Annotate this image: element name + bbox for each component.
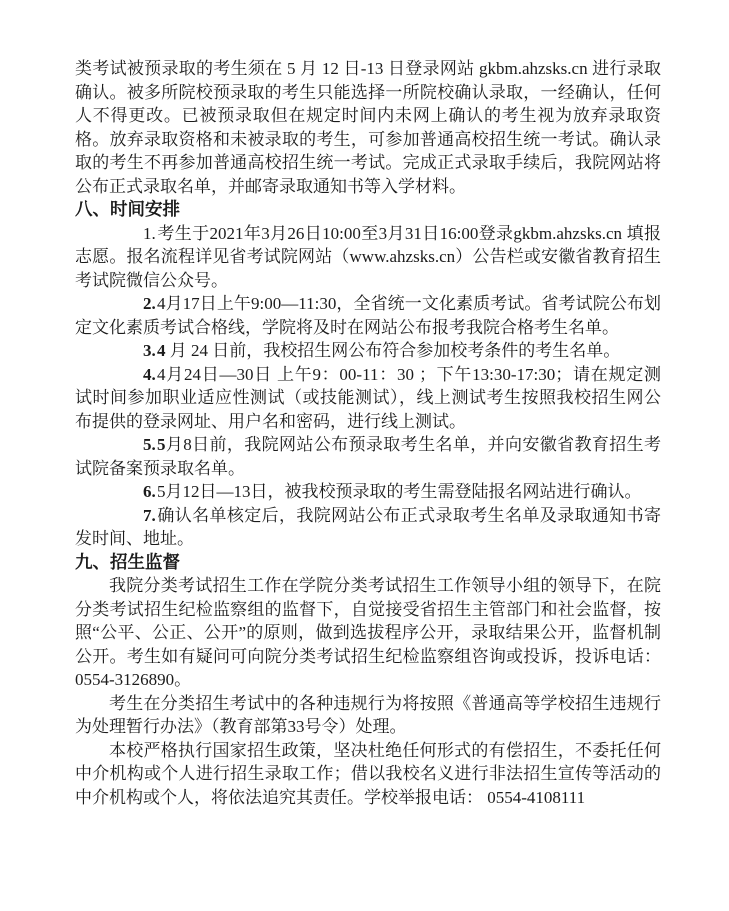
time-item-2: 2.4月17日上午9:00—11:30，全省统一文化素质考试。省考试院公布划定文… xyxy=(75,292,661,339)
time-item-1: 1.考生于2021年3月26日10:00至3月31日16:00登录gkbm.ah… xyxy=(75,222,661,293)
time-item-5: 5.5月8日前，我院网站公布预录取考生名单，并向安徽省教育招生考试院备案预录取名… xyxy=(75,433,661,480)
item-number: 7. xyxy=(109,504,157,528)
document-content: 类考试被预录取的考生须在 5 月 12 日-13 日登录网站 gkbm.ahzs… xyxy=(75,57,661,809)
item-text: 确认名单核定后，我院网站公布正式录取考生名单及录取通知书寄发时间、地址。 xyxy=(75,506,661,549)
item-text: 月 24 日前，我校招生网公布符合参加校考条件的考生名单。 xyxy=(166,341,621,360)
supervision-paragraph-3: 本校严格执行国家招生政策，坚决杜绝任何形式的有偿招生，不委托任何中介机构或个人进… xyxy=(75,739,661,810)
item-number: 5. xyxy=(109,433,157,457)
item-text: 4月24日—30日 上午9：00-11：30 ；下午13:30-17:30；请在… xyxy=(75,365,661,431)
item-text: 考生于2021年3月26日10:00至3月31日16:00登录gkbm.ahzs… xyxy=(75,224,661,290)
item-number: 6. xyxy=(109,480,157,504)
item-number: 3. xyxy=(109,339,157,363)
time-item-7: 7.确认名单核定后，我院网站公布正式录取考生名单及录取通知书寄发时间、地址。 xyxy=(75,504,661,551)
continued-paragraph: 类考试被预录取的考生须在 5 月 12 日-13 日登录网站 gkbm.ahzs… xyxy=(75,57,661,198)
item-number: 4. xyxy=(109,363,157,387)
section-heading-supervision: 九、招生监督 xyxy=(75,551,661,575)
section-heading-time: 八、时间安排 xyxy=(75,198,661,222)
supervision-paragraph-1: 我院分类考试招生工作在学院分类考试招生工作领导小组的领导下，在院分类考试招生纪检… xyxy=(75,574,661,692)
time-item-3: 3.4 月 24 日前，我校招生网公布符合参加校考条件的考生名单。 xyxy=(75,339,661,363)
item-text: 5月12日—13日，被我校预录取的考生需登陆报名网站进行确认。 xyxy=(157,482,642,501)
item-number: 2. xyxy=(109,292,157,316)
item-lead-bold: 5 xyxy=(157,435,166,454)
item-number: 1. xyxy=(109,222,157,246)
item-lead-bold: 4 xyxy=(157,341,166,360)
time-item-6: 6.5月12日—13日，被我校预录取的考生需登陆报名网站进行确认。 xyxy=(75,480,661,504)
document-page: 类考试被预录取的考生须在 5 月 12 日-13 日登录网站 gkbm.ahzs… xyxy=(0,0,729,911)
supervision-paragraph-2: 考生在分类招生考试中的各种违规行为将按照《普通高等学校招生违规行为处理暂行办法》… xyxy=(75,692,661,739)
time-item-4: 4.4月24日—30日 上午9：00-11：30 ；下午13:30-17:30；… xyxy=(75,363,661,434)
item-text: 4月17日上午9:00—11:30，全省统一文化素质考试。省考试院公布划定文化素… xyxy=(75,294,661,337)
